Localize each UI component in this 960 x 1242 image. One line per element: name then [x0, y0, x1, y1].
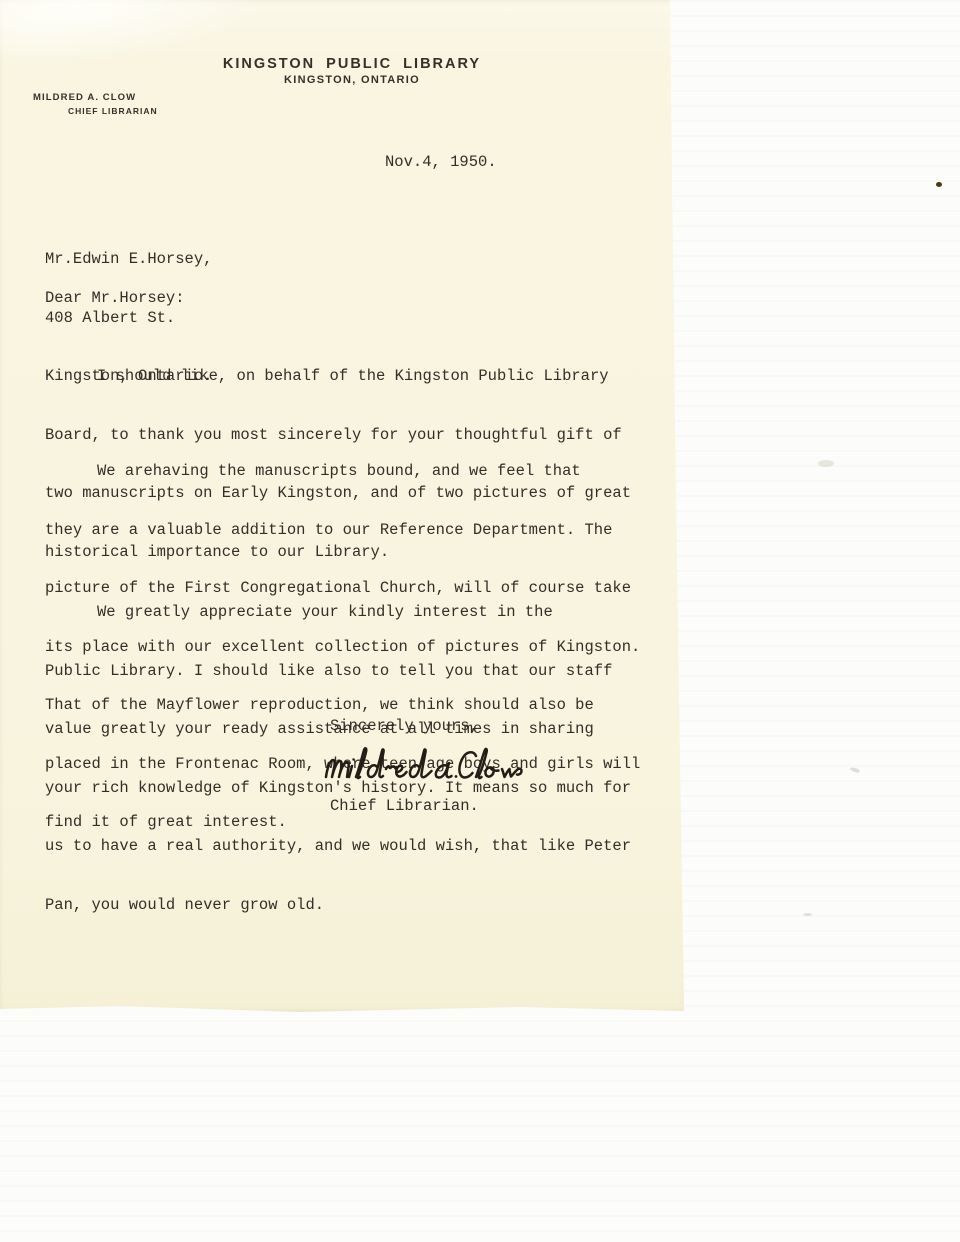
letter-line: us to have a real authority, and we woul…	[45, 837, 631, 857]
letter-paper: KINGSTON PUBLIC LIBRARY KINGSTON, ONTARI…	[0, 0, 690, 1014]
scan-smudge	[803, 913, 812, 916]
letter-line: I should like, on behalf of the Kingston…	[45, 367, 631, 387]
closing: Sincerely yours,	[330, 717, 479, 737]
signature-title: Chief Librarian.	[330, 797, 479, 817]
letter-date: Nov.4, 1950.	[385, 153, 497, 173]
recipient-line: 408 Albert St.	[45, 309, 212, 329]
letter-line: We arehaving the manuscripts bound, and …	[45, 462, 640, 482]
scanned-letter: KINGSTON PUBLIC LIBRARY KINGSTON, ONTARI…	[0, 0, 960, 1242]
scan-speck	[936, 182, 942, 187]
letter-line: Pan, you would never grow old.	[45, 896, 631, 916]
letter-line: Public Library. I should like also to te…	[45, 662, 631, 682]
organization-location: KINGSTON, ONTARIO	[0, 74, 704, 86]
letter-line: they are a valuable addition to our Refe…	[45, 521, 640, 541]
officer-name: MILDRED A. CLOW	[33, 92, 158, 103]
scan-smudge	[850, 766, 861, 773]
letter-line: We greatly appreciate your kindly intere…	[45, 603, 631, 623]
officer-title: CHIEF LIBRARIAN	[68, 106, 158, 116]
recipient-line: Mr.Edwin E.Horsey,	[45, 250, 212, 270]
scan-smudge	[818, 460, 834, 467]
handwritten-signature	[321, 743, 567, 789]
salutation: Dear Mr.Horsey:	[45, 289, 185, 309]
letterhead: KINGSTON PUBLIC LIBRARY KINGSTON, ONTARI…	[0, 56, 704, 86]
organization-name: KINGSTON PUBLIC LIBRARY	[0, 56, 704, 72]
letterhead-officer: MILDRED A. CLOW CHIEF LIBRARIAN	[33, 92, 158, 116]
